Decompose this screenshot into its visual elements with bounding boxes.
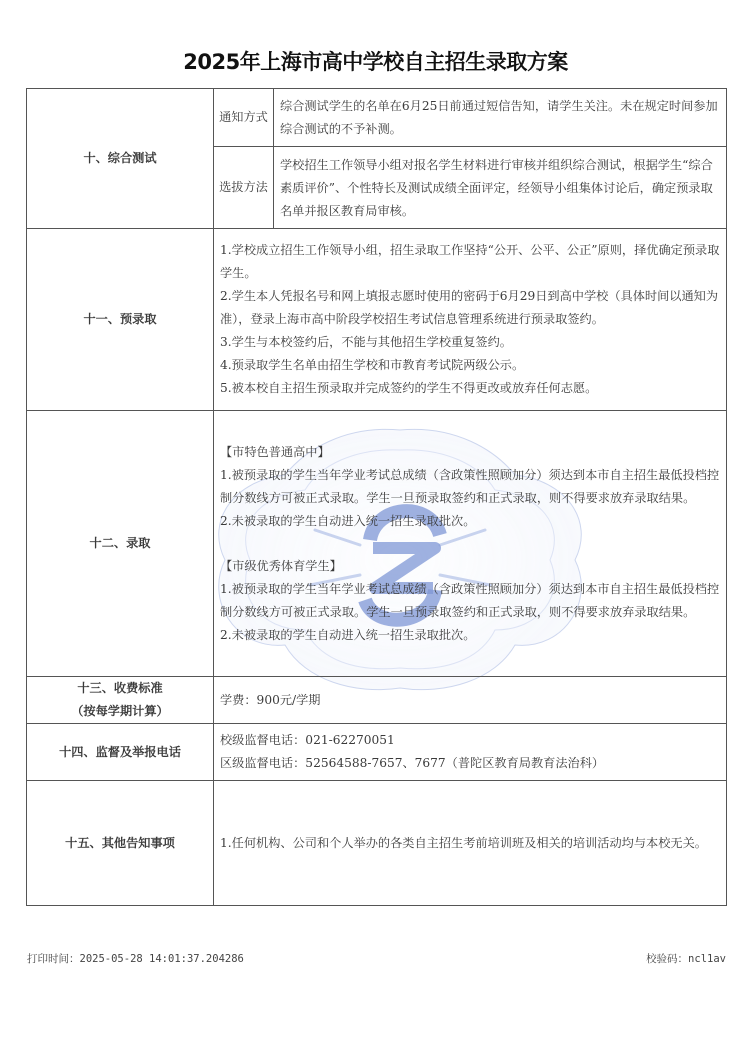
section-label-fees: 十三、收费标准 （按每学期计算） bbox=[27, 677, 214, 724]
spacer bbox=[220, 533, 720, 555]
list-item: 4.预录取学生名单由招生学校和市教育考试院两级公示。 bbox=[220, 354, 720, 377]
list-item: 1.学校成立招生工作领导小组，招生录取工作坚持“公开、公平、公正”原则，择优确定… bbox=[220, 239, 720, 285]
document-title: 2025年上海市高中学校自主招生录取方案 bbox=[0, 46, 751, 76]
list-item: 5.被本校自主招生预录取并完成签约的学生不得更改或放弃任何志愿。 bbox=[220, 377, 720, 400]
table-row: 十二、录取 【市特色普通高中】 1.被预录取的学生当年学业考试总成绩（含政策性照… bbox=[27, 411, 727, 677]
list-item: 2.未被录取的学生自动进入统一招生录取批次。 bbox=[220, 624, 720, 647]
list-item: 2.未被录取的学生自动进入统一招生录取批次。 bbox=[220, 510, 720, 533]
fees-text: 学费：900元/学期 bbox=[214, 677, 727, 724]
group-heading: 【市级优秀体育学生】 bbox=[220, 555, 720, 578]
section-label-other-notices: 十五、其他告知事项 bbox=[27, 781, 214, 906]
table-row: 十三、收费标准 （按每学期计算） 学费：900元/学期 bbox=[27, 677, 727, 724]
print-time: 打印时间：2025-05-28 14:01:37.204286 bbox=[27, 951, 244, 966]
fees-label-line2: （按每学期计算） bbox=[27, 700, 213, 723]
table-row: 十、综合测试 通知方式 综合测试学生的名单在6月25日前通过短信告知，请学生关注… bbox=[27, 89, 727, 147]
list-item: 1.被预录取的学生当年学业考试总成绩（含政策性照顾加分）须达到本市自主招生最低投… bbox=[220, 578, 720, 624]
admission-content: 【市特色普通高中】 1.被预录取的学生当年学业考试总成绩（含政策性照顾加分）须达… bbox=[214, 411, 727, 677]
section-label-supervision: 十四、监督及举报电话 bbox=[27, 724, 214, 781]
section-label-comprehensive-test: 十、综合测试 bbox=[27, 89, 214, 229]
pre-admission-content: 1.学校成立招生工作领导小组，招生录取工作坚持“公开、公平、公正”原则，择优确定… bbox=[214, 229, 727, 411]
notification-text: 综合测试学生的名单在6月25日前通过短信告知，请学生关注。未在规定时间参加综合测… bbox=[274, 89, 727, 147]
table-row: 十一、预录取 1.学校成立招生工作领导小组，招生录取工作坚持“公开、公平、公正”… bbox=[27, 229, 727, 411]
list-item: 1.被预录取的学生当年学业考试总成绩（含政策性照顾加分）须达到本市自主招生最低投… bbox=[220, 464, 720, 510]
supervision-content: 校级监督电话：021-62270051 区级监督电话：52564588-7657… bbox=[214, 724, 727, 781]
group-heading: 【市特色普通高中】 bbox=[220, 441, 720, 464]
admission-plan-table: 十、综合测试 通知方式 综合测试学生的名单在6月25日前通过短信告知，请学生关注… bbox=[26, 88, 727, 906]
sub-label-selection: 选拔方法 bbox=[214, 147, 274, 229]
sub-label-notification: 通知方式 bbox=[214, 89, 274, 147]
school-phone: 校级监督电话：021-62270051 bbox=[220, 729, 720, 752]
selection-text: 学校招生工作领导小组对报名学生材料进行审核并组织综合测试，根据学生“综合素质评价… bbox=[274, 147, 727, 229]
table-row: 十四、监督及举报电话 校级监督电话：021-62270051 区级监督电话：52… bbox=[27, 724, 727, 781]
table-row: 十五、其他告知事项 1.任何机构、公司和个人举办的各类自主招生考前培训班及相关的… bbox=[27, 781, 727, 906]
other-notices-text: 1.任何机构、公司和个人举办的各类自主招生考前培训班及相关的培训活动均与本校无关… bbox=[214, 781, 727, 906]
section-label-pre-admission: 十一、预录取 bbox=[27, 229, 214, 411]
verify-code: 校验码：ncl1av bbox=[646, 951, 726, 966]
list-item: 2.学生本人凭报名号和网上填报志愿时使用的密码于6月29日到高中学校（具体时间以… bbox=[220, 285, 720, 331]
section-label-admission: 十二、录取 bbox=[27, 411, 214, 677]
fees-label-line1: 十三、收费标准 bbox=[27, 677, 213, 700]
list-item: 3.学生与本校签约后，不能与其他招生学校重复签约。 bbox=[220, 331, 720, 354]
district-phone: 区级监督电话：52564588-7657、7677（普陀区教育局教育法治科） bbox=[220, 752, 720, 775]
